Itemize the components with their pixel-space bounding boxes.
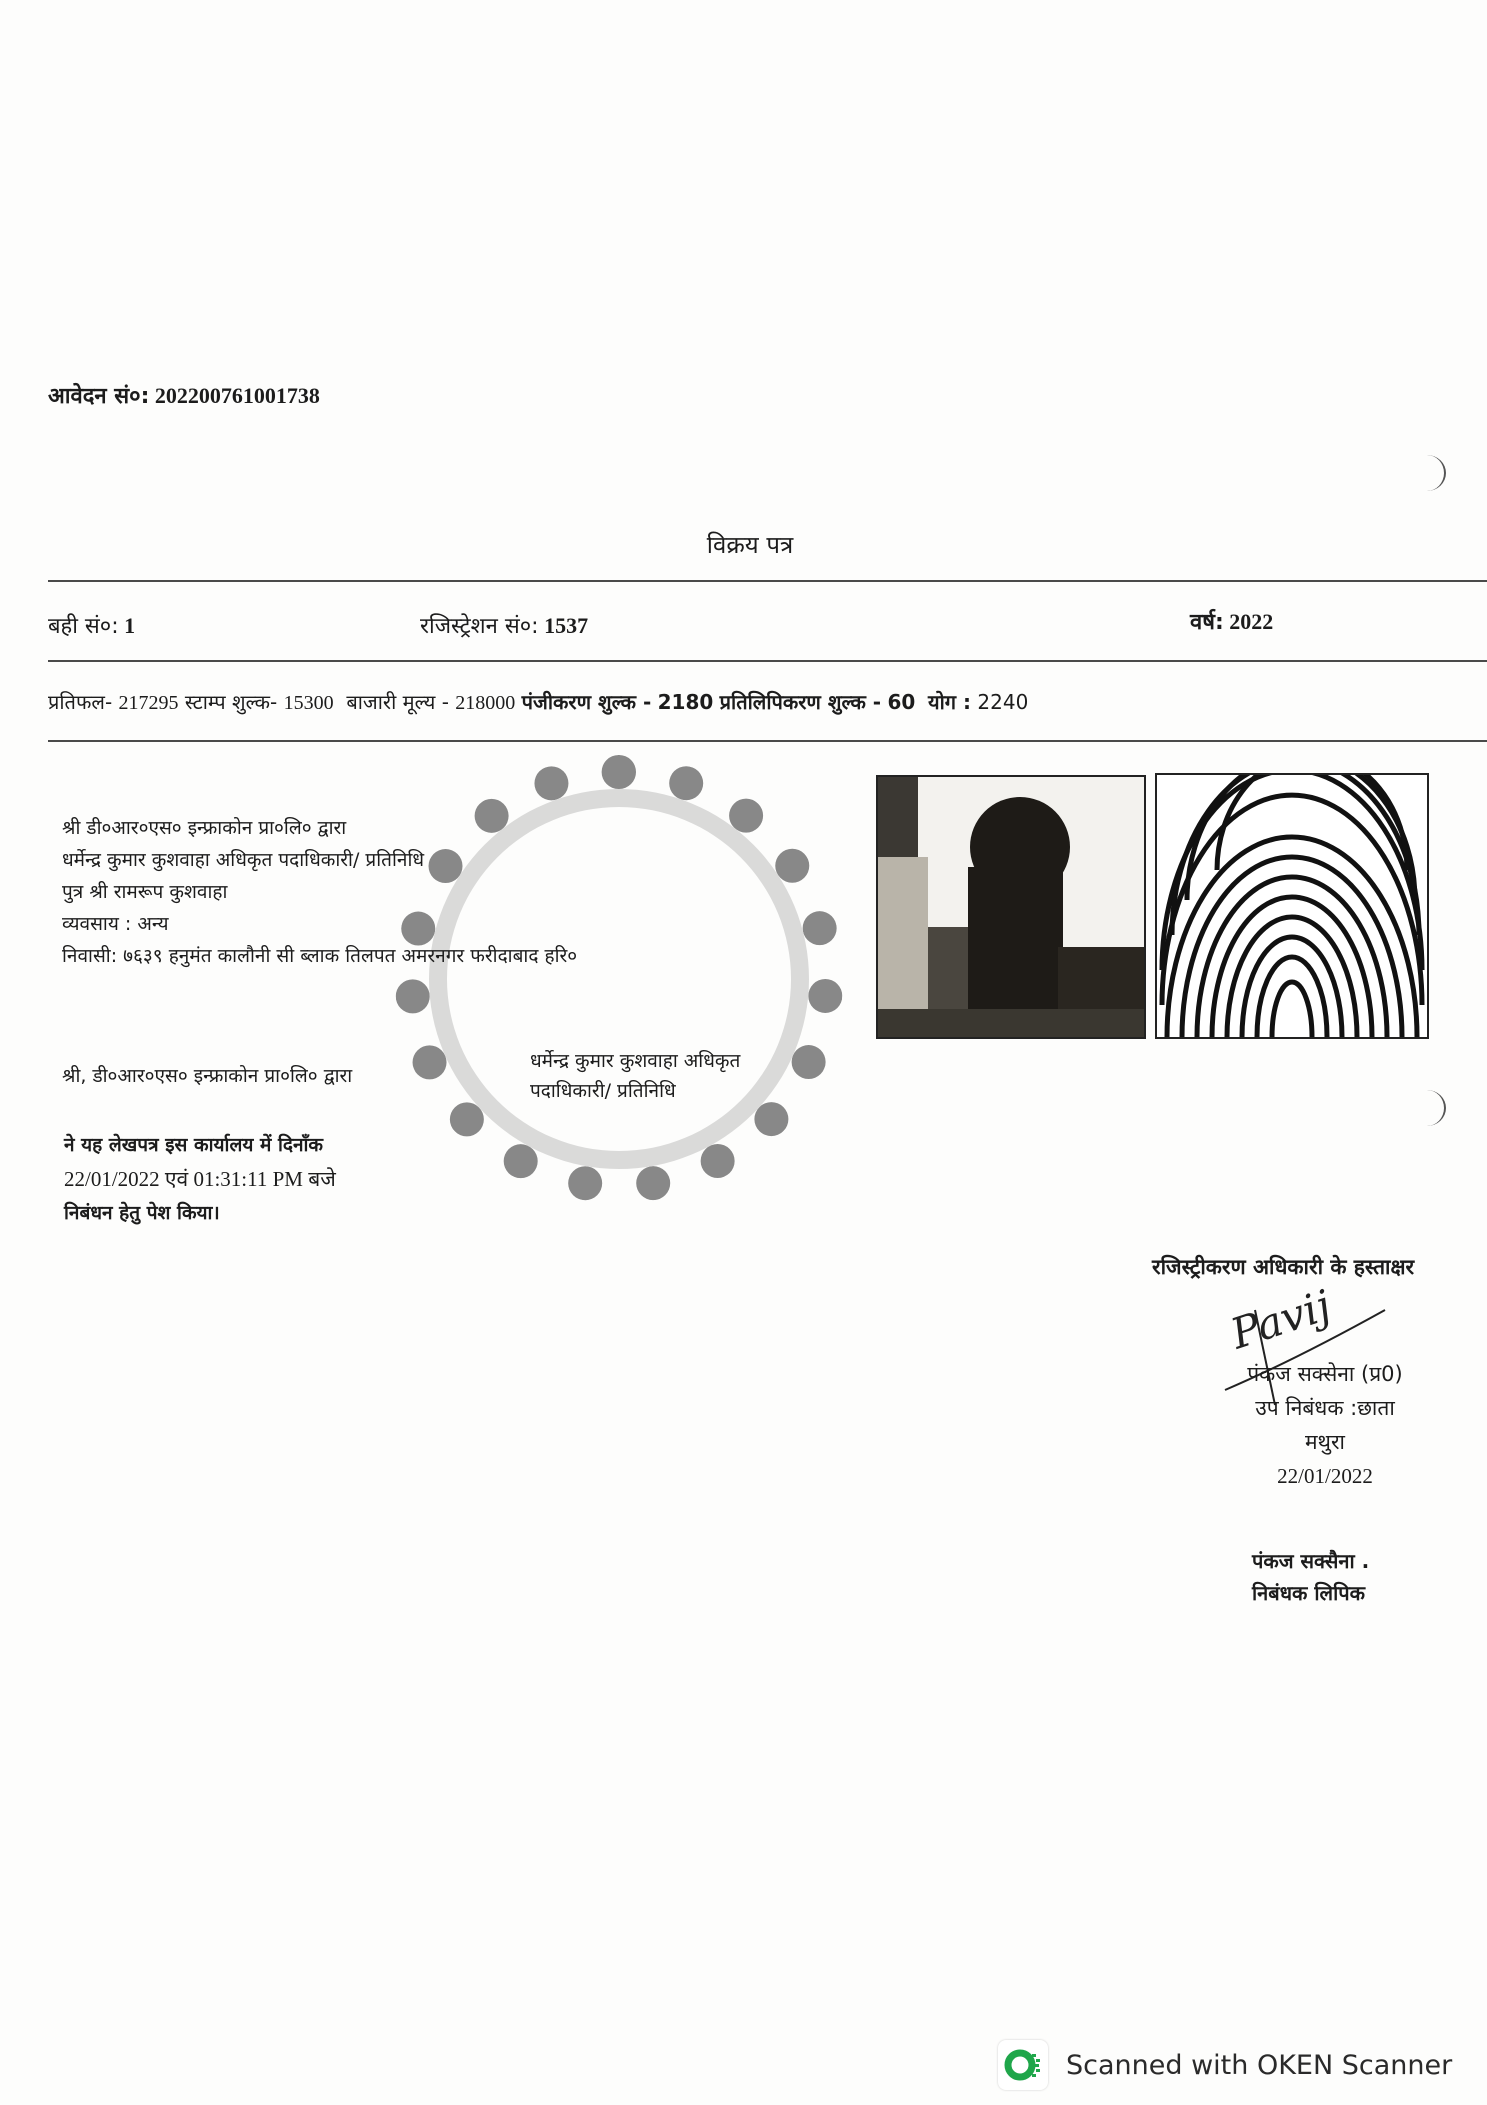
scanner-watermark: Scanned with OKEN Scanner <box>998 2040 1452 2090</box>
officer-date: 22/01/2022 <box>1195 1459 1455 1493</box>
fingerprint-icon <box>1157 775 1427 1037</box>
officer-name: पंकज सक्सेना (प्र0) <box>1195 1357 1455 1391</box>
presenter-representative: धर्मेन्द्र कुमार कुशवाहा अधिकृत पदाधिकार… <box>530 1046 740 1106</box>
copy-fee-label: प्रतिलिपिकरण शुल्क - <box>720 690 881 714</box>
application-label: आवेदन सं०: <box>48 384 149 409</box>
officer-block: पंकज सक्सेना (प्र0) उप निबंधक :छाता मथुर… <box>1195 1357 1455 1493</box>
representative-line-1: धर्मेन्द्र कुमार कुशवाहा अधिकृत <box>530 1046 740 1076</box>
year-value: 2022 <box>1229 609 1273 634</box>
party-representative: धर्मेन्द्र कुमार कुशवाहा अधिकृत पदाधिकार… <box>62 844 577 876</box>
presentation-statement: ने यह लेखपत्र इस कार्यालय में दिनाँक 22/… <box>64 1128 336 1230</box>
year: वर्ष: 2022 <box>1190 606 1273 636</box>
representative-line-2: पदाधिकारी/ प्रतिनिधि <box>530 1076 740 1106</box>
punch-hole <box>1408 1090 1446 1126</box>
stamp-duty-value: 15300 <box>284 692 334 714</box>
consideration-label: प्रतिफल- <box>48 690 112 714</box>
market-value-label: बाजारी मूल्य - <box>346 690 449 714</box>
signature-heading: रजिस्ट्रीकरण अधिकारी के हस्ताक्षर <box>1152 1253 1414 1281</box>
divider <box>48 580 1487 582</box>
registration-label: रजिस्ट्रेशन सं०: <box>420 614 539 639</box>
year-label: वर्ष: <box>1190 610 1224 635</box>
thumb-impression <box>1155 773 1429 1039</box>
registration-fee-value: 2180 <box>658 690 714 714</box>
document-title: विक्रय पत्र <box>650 528 850 561</box>
clerk-block: पंकज सक्सैना . निबंधक लिपिक <box>1252 1545 1369 1609</box>
party-photo <box>876 775 1146 1039</box>
party-company: श्री डी०आर०एस० इन्फ्राकोन प्रा०लि० द्वार… <box>62 812 577 844</box>
book-number: बही सं०: 1 <box>48 610 135 640</box>
divider <box>48 660 1487 662</box>
presenter-company: श्री, डी०आर०एस० इन्फ्राकोन प्रा०लि० द्वा… <box>62 1062 352 1088</box>
copy-fee-value: 60 <box>887 690 915 714</box>
application-value: 202200761001738 <box>155 383 320 408</box>
officer-district: मथुरा <box>1195 1425 1455 1459</box>
stamp-duty-label: स्टाम्प शुल्क- <box>185 690 277 714</box>
punch-hole <box>1408 455 1446 491</box>
scanner-text: Scanned with OKEN Scanner <box>1066 2050 1452 2081</box>
consideration-value: 217295 <box>119 692 179 714</box>
party-residence: निवासी: ७६३९ हनुमंत कालौनी सी ब्लाक तिलप… <box>62 940 577 972</box>
book-value: 1 <box>124 613 135 638</box>
divider <box>48 740 1487 742</box>
statement-line-1: ने यह लेखपत्र इस कार्यालय में दिनाँक <box>64 1128 336 1162</box>
registration-number: रजिस्ट्रेशन सं०: 1537 <box>420 610 588 640</box>
statement-line-2: 22/01/2022 एवं 01:31:11 PM बजे <box>64 1162 336 1196</box>
person-silhouette-icon <box>878 777 1144 1037</box>
registration-fee-label: पंजीकरण शुल्क - <box>522 690 652 714</box>
officer-designation: उप निबंधक :छाता <box>1195 1391 1455 1425</box>
market-value-value: 218000 <box>455 692 515 714</box>
clerk-name: पंकज सक्सैना . <box>1252 1545 1369 1577</box>
registration-value: 1537 <box>544 613 588 638</box>
total-label: योग : <box>928 690 971 714</box>
clerk-designation: निबंधक लिपिक <box>1252 1577 1369 1609</box>
party-occupation: व्यवसाय : अन्य <box>62 908 577 940</box>
oken-logo-icon <box>998 2040 1048 2090</box>
party-parentage: पुत्र श्री रामरूप कुशवाहा <box>62 876 577 908</box>
application-number: आवेदन सं०: 202200761001738 <box>48 380 320 410</box>
total-value: 2240 <box>977 690 1028 714</box>
fee-line: प्रतिफल- 217295 स्टाम्प शुल्क- 15300 बाज… <box>48 688 1028 715</box>
book-label: बही सं०: <box>48 614 119 639</box>
statement-line-3: निबंधन हेतु पेश किया। <box>64 1196 336 1230</box>
party-details: श्री डी०आर०एस० इन्फ्राकोन प्रा०लि० द्वार… <box>62 812 577 972</box>
